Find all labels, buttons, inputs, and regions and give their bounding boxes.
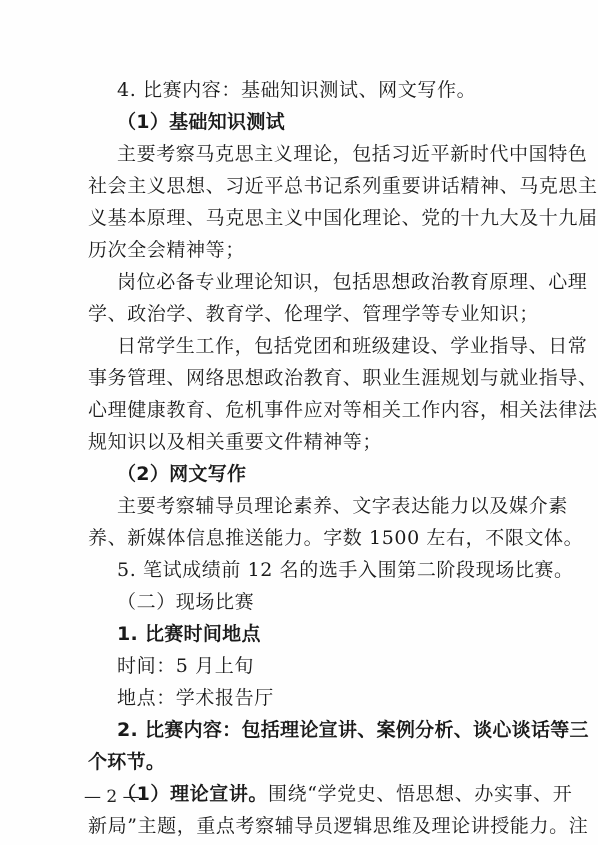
paragraph-line: 岗位必备专业理论知识，包括思想政治教育原理、心理 — [117, 270, 510, 294]
document-page: 4. 比赛内容：基础知识测试、网文写作。 （1）基础知识测试 主要考察马克思主义… — [0, 0, 598, 845]
subheading-competition-content: 2. 比赛内容：包括理论宣讲、案例分析、谈心谈话等三 — [117, 718, 510, 742]
competition-location: 地点：学术报告厅 — [117, 686, 539, 710]
paragraph-line: 日常学生工作，包括党团和班级建设、学业指导、日常 — [117, 334, 510, 358]
competition-time: 时间：5 月上旬 — [117, 654, 539, 678]
paragraph-line: 主要考察马克思主义理论，包括习近平新时代中国特色 — [117, 142, 510, 166]
paragraph-theory-lecture: （1）理论宣讲。围绕“学党史、悟思想、办实事、开 — [117, 782, 539, 806]
paragraph-line: 养、新媒体信息推送能力。字数 1500 左右，不限文体。 — [88, 526, 510, 550]
subheading-competition-content-cont: 个环节。 — [88, 750, 510, 774]
theory-lecture-text: 围绕“学党史、悟思想、办实事、开 — [268, 783, 572, 805]
page-number: — 2 — — [84, 787, 140, 807]
paragraph-line: 事务管理、网络思想政治教育、职业生涯规划与就业指导、 — [88, 366, 510, 390]
subheading-basic-knowledge-test: （1）基础知识测试 — [117, 110, 539, 134]
paragraph-line: 主要考察辅导员理论素养、文字表达能力以及媒介素 — [117, 494, 510, 518]
theory-lecture-label: （1）理论宣讲。 — [117, 783, 268, 805]
paragraph-line: 学、政治学、教育学、伦理学、管理学等专业知识； — [88, 302, 510, 326]
item-5-finalists: 5. 笔试成绩前 12 名的选手入围第二阶段现场比赛。 — [117, 558, 539, 582]
paragraph-line: 历次全会精神等； — [88, 238, 510, 262]
paragraph-line: 规知识以及相关重要文件精神等； — [88, 430, 510, 454]
paragraph-line: 义基本原理、马克思主义中国化理论、党的十九大及十九届 — [88, 206, 510, 230]
section-heading-onsite-competition: （二）现场比赛 — [117, 590, 539, 614]
item-4-competition-content: 4. 比赛内容：基础知识测试、网文写作。 — [117, 78, 539, 102]
subheading-web-article-writing: （2）网文写作 — [117, 462, 539, 486]
paragraph-line: 社会主义思想、习近平总书记系列重要讲话精神、马克思主 — [88, 174, 510, 198]
subheading-time-location: 1. 比赛时间地点 — [117, 622, 539, 646]
paragraph-line: 心理健康教育、危机事件应对等相关工作内容，相关法律法 — [88, 398, 510, 422]
paragraph-line: 新局”主题，重点考察辅导员逻辑思维及理论讲授能力。注 — [88, 814, 510, 838]
